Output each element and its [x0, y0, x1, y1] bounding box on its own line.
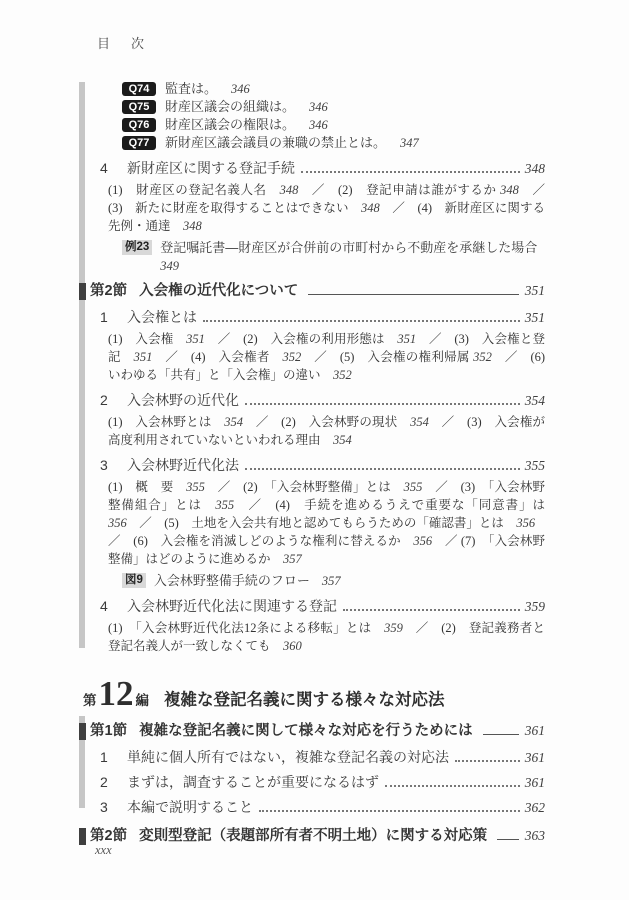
page-number: 349: [160, 259, 179, 273]
q-number-badge: Q74: [122, 82, 156, 96]
page-number: 362: [525, 798, 545, 818]
item-label: 単純に個人所有ではない，複雑な登記名義の対応法: [127, 747, 449, 767]
q-label: 新財産区議会議員の兼職の禁止とは。: [165, 134, 386, 152]
toc-text: ／ (5) 土地を入会共有地と認めてもらうための「確認書」とは: [127, 516, 517, 530]
page-number: 357: [283, 552, 302, 566]
page-number: 346: [309, 98, 328, 116]
part-heading: 第12編複雑な登記名義に関する様々な対応法: [83, 677, 545, 711]
solid-leader: [308, 294, 518, 295]
footer-page-number: xxx: [95, 843, 112, 858]
page-number: 361: [525, 748, 545, 768]
item-number: 2: [100, 390, 127, 410]
item-number: 1: [100, 747, 127, 767]
section-title: 複雑な登記名義に関して様々な対応を行うためには: [139, 721, 473, 741]
q-number-badge: Q76: [122, 118, 156, 132]
page-number: 348: [280, 183, 299, 197]
page-number: 360: [283, 639, 302, 653]
toc-text: ／ (4) 入会権者: [152, 350, 282, 364]
item-number: 3: [100, 455, 127, 475]
dotted-leader: [259, 810, 520, 812]
toc-page: 目 次 Q74監査は。346Q75財産区議会の組織は。346Q76財産区議会の権…: [0, 0, 629, 900]
part-suffix: 編: [136, 689, 150, 709]
toc-item-row: 1単純に個人所有ではない，複雑な登記名義の対応法361: [90, 747, 545, 768]
toc-text: ／ (2) 入会林野の現状: [243, 415, 410, 429]
item-label: 新財産区に関する登記手続: [127, 158, 295, 178]
toc-item-row: 3本編で説明すること362: [90, 797, 545, 818]
page-number: 354: [525, 391, 545, 411]
toc-item-row: 4入会林野近代化法に関連する登記359: [90, 596, 545, 617]
page-number: 347: [400, 134, 419, 152]
section-heading: 第2節変則型登記（表題部所有者不明土地）に関する対応策363: [90, 826, 545, 846]
page-number: 355: [186, 480, 205, 494]
dotted-leader: [203, 320, 520, 322]
q-label: 財産区議会の組織は。: [165, 98, 295, 116]
item-number: 4: [100, 158, 127, 178]
toc-text: (1) 入会権: [108, 332, 186, 346]
page-number: 361: [525, 721, 545, 741]
figure-badge: 図9: [122, 573, 146, 588]
section-title: 入会権の近代化について: [139, 281, 298, 301]
item-label: まずは，調査することが重要になるはず: [127, 772, 379, 792]
toc-subitems: (1) 概 要 355 ／ (2) 「入会林野整備」とは 355 ／ (3) 「…: [108, 478, 545, 568]
toc-subitems: (1) 財産区の登記名義人名 348 ／ (2) 登記申請は誰がするか 348 …: [108, 181, 545, 235]
toc-text: 登記嘱託書―財産区が合併前の市町村から不動産を承継した場合: [160, 240, 537, 255]
page-number: 361: [525, 773, 545, 793]
toc-subitems: (1) 入会権 351 ／ (2) 入会権の利用形態は 351 ／ (3) 入会…: [108, 330, 545, 384]
page-number: 351: [525, 308, 545, 328]
item-number: 1: [100, 307, 127, 327]
page-number: 348: [183, 219, 202, 233]
page-number: 354: [410, 415, 429, 429]
part-title: 複雑な登記名義に関する様々な対応法: [164, 686, 445, 710]
left-rule-top: [79, 82, 85, 648]
q-number-badge: Q77: [122, 136, 156, 150]
toc-q-row: Q74監査は。346: [90, 80, 545, 98]
page-number: 352: [282, 350, 301, 364]
page-number: 346: [231, 80, 250, 98]
q-label: 監査は。: [165, 80, 217, 98]
dotted-leader: [455, 760, 520, 762]
solid-leader: [483, 734, 519, 735]
page-number: 348: [525, 159, 545, 179]
section-number: 第1節: [90, 721, 127, 741]
section-number: 第2節: [90, 281, 127, 301]
item-number: 4: [100, 596, 127, 616]
example-text: 登記嘱託書―財産区が合併前の市町村から不動産を承継した場合349: [160, 239, 537, 275]
page-number: 356: [516, 516, 535, 530]
example-badge: 例23: [122, 240, 152, 255]
toc-item-row: 3入会林野近代化法355: [90, 455, 545, 476]
page-number: 346: [309, 116, 328, 134]
toc-text: ／ (5) 入会権の権利帰属: [301, 350, 473, 364]
toc-text: ／ (4) 手続を進めるうえで重要な「同意書」は: [234, 498, 557, 512]
section-heading: 第1節複雑な登記名義に関して様々な対応を行うためには361: [90, 721, 545, 741]
toc-item-row: 2まずは，調査することが重要になるはず361: [90, 772, 545, 793]
item-label: 入会林野近代化法に関連する登記: [127, 596, 337, 616]
dotted-leader: [385, 785, 520, 787]
page-number: 352: [473, 350, 492, 364]
toc-text: ／ (2) 登記申請は誰がするか: [298, 183, 500, 197]
toc-subitems: (1) 「入会林野近代化法12条による移転」とは 359 ／ (2) 登記義務者…: [108, 619, 545, 655]
page-title: 目 次: [97, 33, 148, 52]
page-number: 356: [108, 516, 127, 530]
part-prefix: 第: [83, 689, 97, 709]
toc-item-row: 2入会林野の近代化354: [90, 390, 545, 411]
toc-subitems: (1) 入会林野とは 354 ／ (2) 入会林野の現状 354 ／ (3) 入…: [108, 413, 545, 449]
page-number: 355: [525, 456, 545, 476]
toc-text: (1) 「入会林野近代化法12条による移転」とは: [108, 621, 384, 635]
page-number: 348: [500, 183, 519, 197]
page-number: 354: [333, 433, 352, 447]
page-number: 357: [322, 572, 341, 590]
item-label: 入会林野近代化法: [127, 455, 239, 475]
page-number: 352: [333, 368, 352, 382]
solid-leader: [497, 839, 519, 840]
toc-content: Q74監査は。346Q75財産区議会の組織は。346Q76財産区議会の権限は。3…: [90, 80, 545, 846]
toc-q-row: Q75財産区議会の組織は。346: [90, 98, 545, 116]
figure-label: 入会林野整備手続のフロー: [154, 572, 310, 590]
toc-item-row: 1入会権とは351: [90, 307, 545, 328]
toc-q-row: Q77新財産区議会議員の兼職の禁止とは。347: [90, 134, 545, 152]
page-number: 348: [361, 201, 380, 215]
dotted-leader: [245, 468, 520, 470]
page-number: 355: [404, 480, 423, 494]
item-number: 3: [100, 797, 127, 817]
page-number: 351: [397, 332, 416, 346]
page-number: 354: [224, 415, 243, 429]
item-number: 2: [100, 772, 127, 792]
toc-q-row: Q76財産区議会の権限は。346: [90, 116, 545, 134]
item-label: 入会林野の近代化: [127, 390, 239, 410]
page-number: 351: [134, 350, 153, 364]
toc-text: ／ (2) 入会権の利用形態は: [205, 332, 397, 346]
item-label: 入会権とは: [127, 307, 197, 327]
q-label: 財産区議会の権限は。: [165, 116, 295, 134]
section-title: 変則型登記（表題部所有者不明土地）に関する対応策: [139, 826, 487, 846]
toc-figure-row: 図9入会林野整備手続のフロー357: [90, 572, 545, 590]
page-number: 356: [413, 534, 432, 548]
page-number: 355: [215, 498, 234, 512]
page-number: 363: [525, 826, 545, 846]
toc-item-row: 4新財産区に関する登記手続348: [90, 158, 545, 179]
page-number: 359: [384, 621, 403, 635]
page-number: 359: [525, 597, 545, 617]
q-number-badge: Q75: [122, 100, 156, 114]
dotted-leader: [301, 171, 520, 173]
toc-text: (1) 財産区の登記名義人名: [108, 183, 280, 197]
toc-example-row: 例23登記嘱託書―財産区が合併前の市町村から不動産を承継した場合349: [90, 239, 545, 275]
dotted-leader: [245, 403, 520, 405]
part-number: 12: [99, 677, 134, 711]
item-label: 本編で説明すること: [127, 797, 253, 817]
toc-text: (1) 入会林野とは: [108, 415, 224, 429]
section-heading: 第2節入会権の近代化について351: [90, 281, 545, 301]
toc-text: (1) 概 要: [108, 480, 186, 494]
page-number: 351: [186, 332, 205, 346]
page-number: 351: [525, 281, 545, 301]
dotted-leader: [343, 609, 520, 611]
toc-text: ／ (2) 「入会林野整備」とは: [205, 480, 404, 494]
